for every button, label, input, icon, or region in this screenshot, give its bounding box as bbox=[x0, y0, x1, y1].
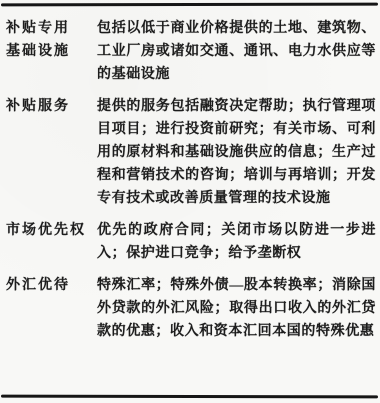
row-term: 市场优先权 bbox=[6, 219, 97, 265]
bottom-rule bbox=[1, 395, 378, 399]
table-row: 补贴专用 基础设施 包括以低于商业价格提供的土地、建筑物、工业厂房或诸如交通、通… bbox=[6, 17, 376, 86]
table-row: 市场优先权 优先的政府合同；关闭市场以防进一步进入；保护进口竞争；给予垄断权 bbox=[6, 219, 376, 265]
row-term: 外汇优待 bbox=[6, 274, 97, 343]
term-line: 外汇优待 bbox=[6, 274, 97, 297]
glossary-table: 补贴专用 基础设施 包括以低于商业价格提供的土地、建筑物、工业厂房或诸如交通、通… bbox=[0, 6, 380, 352]
table-row: 外汇优待 特殊汇率；特殊外债—股本转换率；消除国外贷款的外汇风险；取得出口收入的… bbox=[6, 274, 376, 343]
row-term: 补贴专用 基础设施 bbox=[6, 17, 97, 86]
row-description: 特殊汇率；特殊外债—股本转换率；消除国外贷款的外汇风险；取得出口收入的外汇贷款的… bbox=[97, 274, 376, 343]
row-description: 优先的政府合同；关闭市场以防进一步进入；保护进口竞争；给予垄断权 bbox=[97, 219, 376, 265]
term-line: 市场优先权 bbox=[6, 219, 97, 242]
table-row: 补贴服务 提供的服务包括融资决定帮助；执行管理项目项目；进行投资前研究；有关市场… bbox=[6, 95, 376, 210]
row-term: 补贴服务 bbox=[6, 95, 97, 210]
term-line: 基础设施 bbox=[6, 40, 97, 63]
term-line: 补贴专用 bbox=[6, 17, 97, 40]
scanned-page: 补贴专用 基础设施 包括以低于商业价格提供的土地、建筑物、工业厂房或诸如交通、通… bbox=[0, 0, 380, 403]
row-description: 提供的服务包括融资决定帮助；执行管理项目项目；进行投资前研究；有关市场、可利用的… bbox=[97, 95, 376, 210]
term-line: 补贴服务 bbox=[6, 95, 97, 118]
row-description: 包括以低于商业价格提供的土地、建筑物、工业厂房或诸如交通、通讯、电力水供应等的基… bbox=[97, 17, 376, 86]
